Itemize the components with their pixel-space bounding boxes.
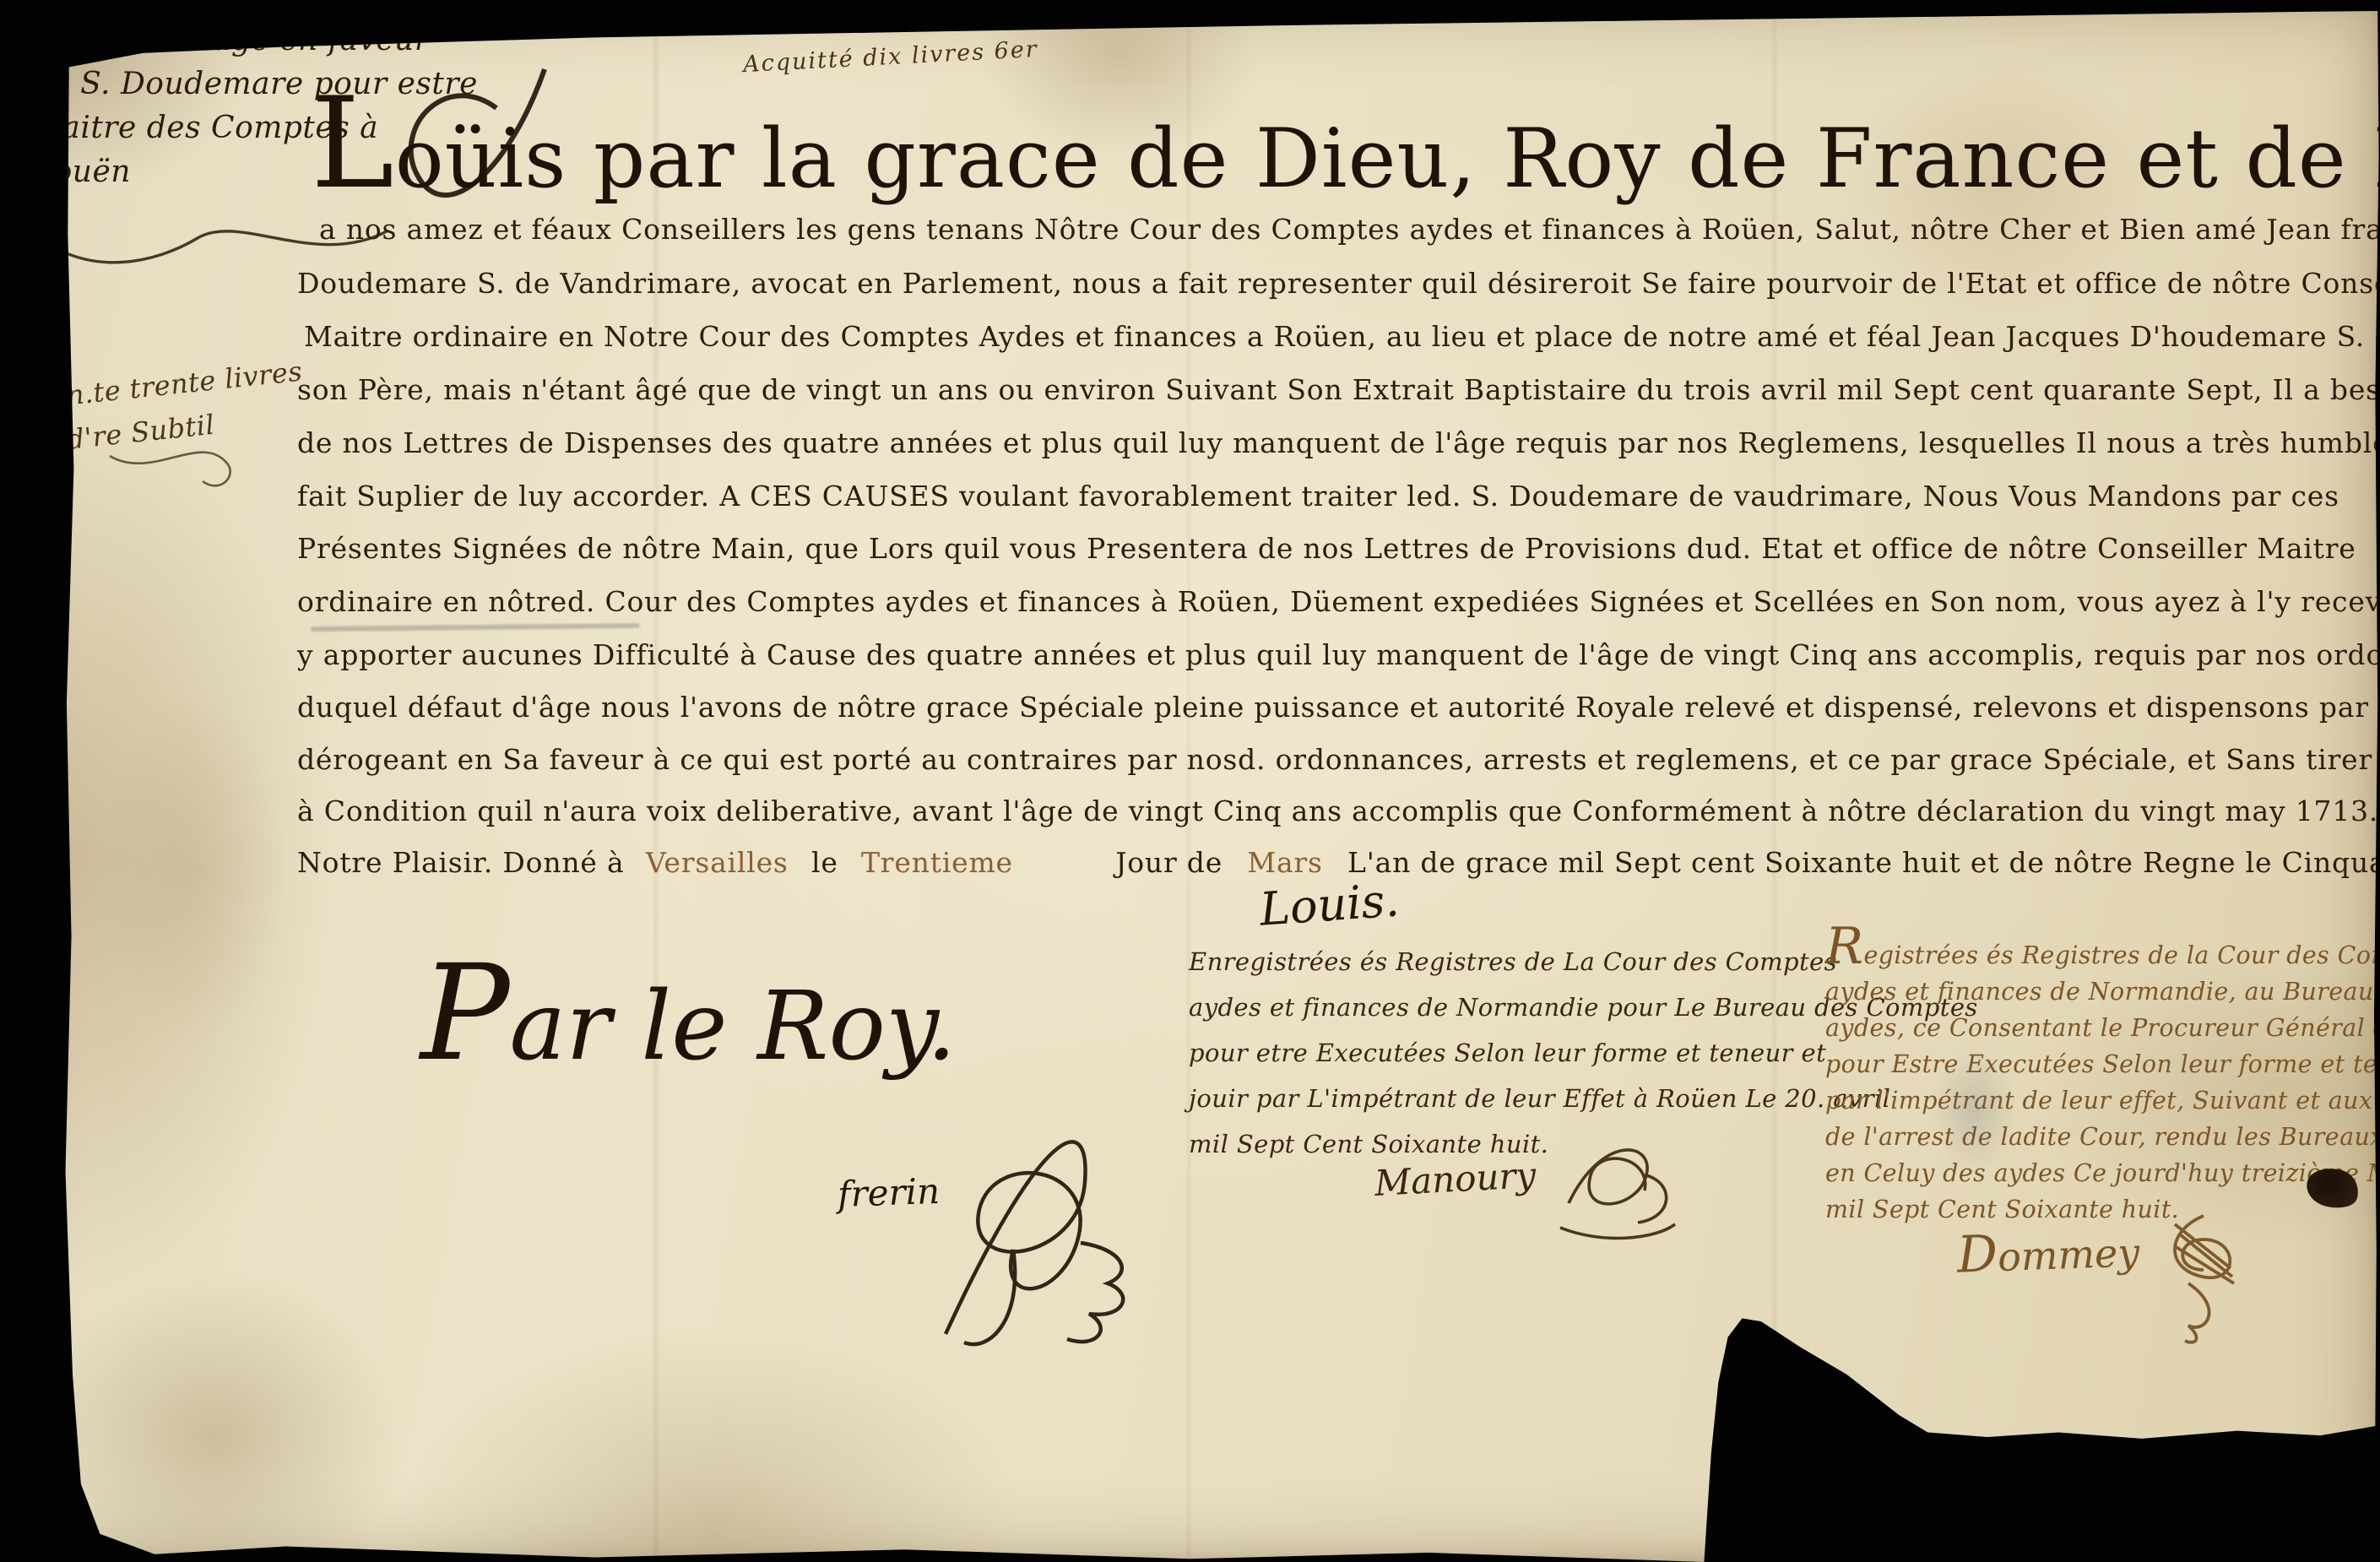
royal-intitulation: Loüis par la grace de Dieu, Roy de Franc…	[311, 71, 2380, 217]
date-line-mid1: le	[811, 846, 838, 879]
date-line-post: L'an de grace mil Sept cent Soixante hui…	[1347, 846, 2380, 879]
parchment: Dispense d'âge en faveur du S. Doudemare…	[0, 0, 2380, 1562]
registration-line: par l'impétrant de leur effet, Suivant e…	[1825, 1082, 2380, 1119]
pencil-mark	[311, 623, 640, 632]
royal-signature: Louis.	[1258, 873, 1401, 936]
body-line: y apporter aucunes Difficulté à Cause de…	[297, 638, 2380, 671]
date-day: Trentieme	[861, 846, 1013, 879]
manuscript-scan: Dispense d'âge en faveur du S. Doudemare…	[0, 0, 2380, 1562]
body-line: son Père, mais n'étant âgé que de vingt …	[297, 373, 2380, 406]
registration-note-aides: Registrées és Registres de la Cour des C…	[1825, 929, 2380, 1228]
aides-paraph-flourish	[2151, 1206, 2261, 1349]
date-line-mid2: Jour de	[1115, 846, 1223, 879]
countersign-heading: Par le Roy.	[420, 936, 957, 1090]
grey-stain	[1932, 1047, 2016, 1174]
body-line: Maitre ordinaire en Notre Cour des Compt…	[304, 320, 2380, 353]
body-line: dérogeant en Sa faveur à ce qui est port…	[297, 743, 2380, 776]
date-month: Mars	[1247, 846, 1322, 879]
secretary-paraph-flourish	[886, 1081, 1140, 1359]
body-line: fait Suplier de luy accorder. A CES CAUS…	[297, 480, 2339, 513]
registration-line: de l'arrest de ladite Cour, rendu les Bu…	[1825, 1119, 2380, 1155]
registration-line: pour Estre Executées Selon leur forme et…	[1825, 1046, 2380, 1082]
chambre-signature: Manoury	[1374, 1154, 1537, 1204]
registration-line: en Celuy des aydes Ce jourd'huy treizièm…	[1825, 1155, 2380, 1191]
aides-signature: Dommey	[1956, 1219, 2140, 1284]
body-line: de nos Lettres de Dispenses des quatre a…	[297, 426, 2380, 459]
body-line: Présentes Signées de nôtre Main, que Lor…	[297, 532, 2356, 565]
date-line-pre: Notre Plaisir. Donné à	[297, 846, 625, 879]
registration-line: Registrées és Registres de la Cour des C…	[1825, 929, 2380, 974]
date-line: Notre Plaisir. Donné à Versailles le Tre…	[297, 846, 2380, 879]
body-line: ordinaire en nôtred. Cour des Comptes ay…	[297, 585, 2380, 618]
body-line: a nos amez et féaux Conseillers les gens…	[319, 213, 2380, 246]
brown-stain	[101, 692, 287, 1047]
registration-line: aydes et finances de Normandie, au Burea…	[1825, 974, 2380, 1010]
date-place: Versailles	[646, 846, 789, 879]
margin-note-line: Dispense d'âge en faveur	[30, 19, 478, 62]
flourish-margin-left	[101, 422, 236, 498]
chambre-paraph-flourish	[1552, 1123, 1687, 1241]
registration-line: aydes, ce Consentant le Procureur Généra…	[1825, 1010, 2380, 1046]
body-line: à Condition quil n'aura voix deliberativ…	[297, 795, 2380, 827]
body-line: duquel défaut d'âge nous l'avons de nôtr…	[297, 691, 2380, 724]
body-line: Doudemare S. de Vandrimare, avocat en Pa…	[297, 267, 2380, 300]
